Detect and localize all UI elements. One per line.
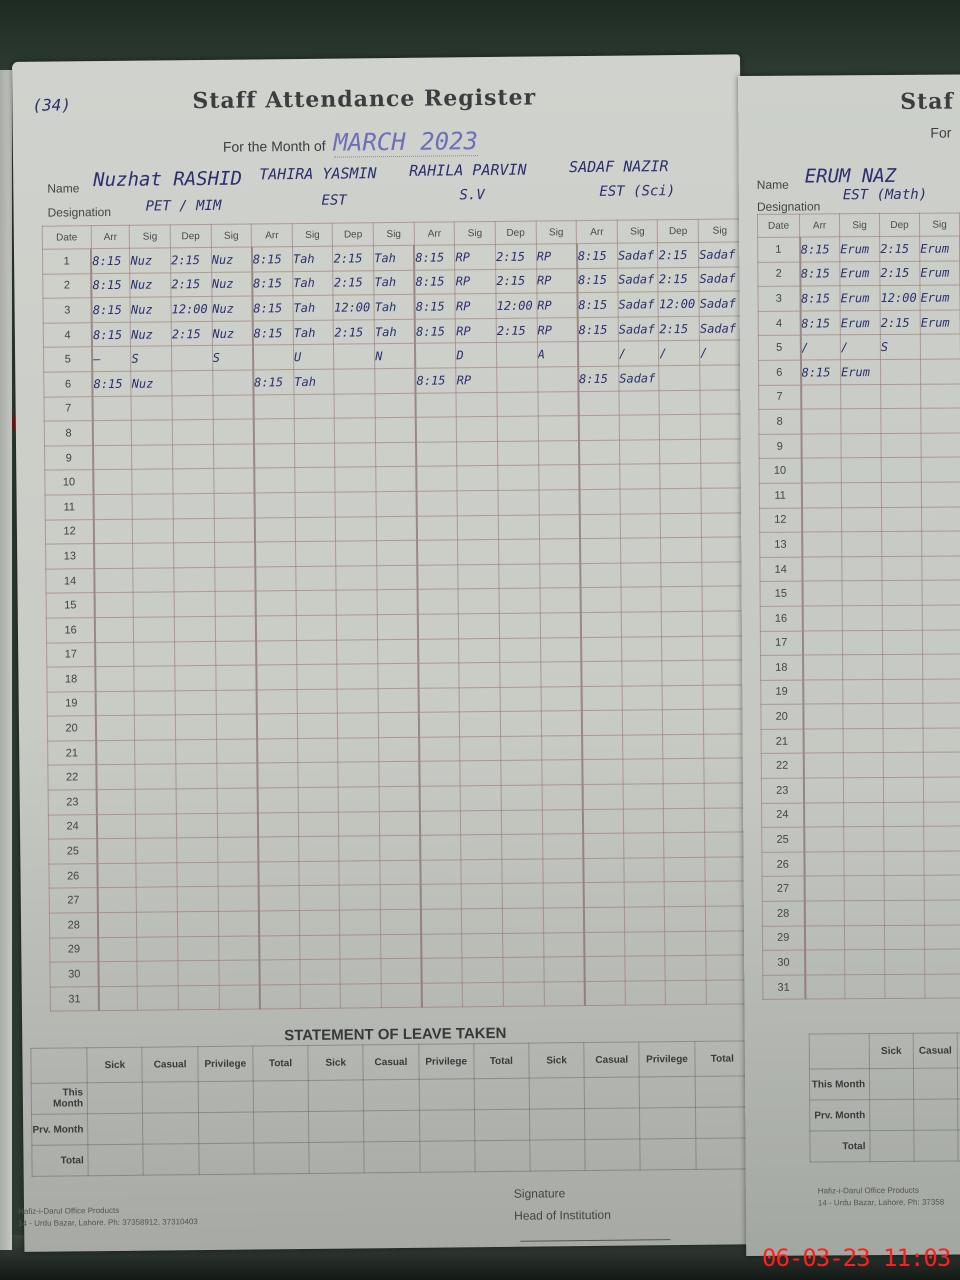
- staff-1-dep-sig-cell: Nuz: [212, 321, 253, 346]
- staff-4-arr-cell: [583, 858, 624, 883]
- staff-2-dep-cell: [338, 713, 379, 738]
- staff-4-dep-cell: [660, 414, 701, 439]
- staff-3-sig-cell: [458, 589, 499, 614]
- leave-row: Total: [810, 1130, 960, 1162]
- staff-2-dep-sig-cell: [376, 491, 417, 516]
- right-staff-dep-cell: 2:15: [880, 236, 920, 261]
- date-cell: 27: [762, 876, 804, 901]
- staff-4-sig-cell: [622, 685, 663, 710]
- staff-1-arr-cell: [97, 765, 136, 790]
- staff-3-arr-cell: 8:15: [415, 319, 456, 344]
- staff-4-dep-cell: [663, 710, 704, 735]
- staff-1-dep-cell: [175, 715, 216, 740]
- date-cell: 31: [50, 986, 99, 1011]
- staff-3-dep-sig-cell: [538, 416, 579, 441]
- staff-4-dep-cell: [662, 660, 703, 685]
- sig-header: Sig: [292, 223, 333, 246]
- staff-2-sig-cell: [296, 590, 337, 615]
- photo-timestamp: 06-03-23 11:03: [762, 1244, 950, 1272]
- staff-2-dep-sig-cell: Tah: [374, 294, 415, 319]
- staff-1-dep-cell: 12:00: [171, 297, 212, 322]
- staff-1-dep-cell: [173, 518, 214, 543]
- staff-1-dep-sig-cell: Nuz: [212, 296, 253, 321]
- publisher-line-1: Hafiz-i-Darul Office Products: [818, 1185, 944, 1198]
- date-cell: 23: [761, 778, 803, 803]
- staff-3-dep-sig-cell: [541, 760, 582, 785]
- staff-1-dep-sig-cell: [216, 763, 257, 788]
- staff-3-dep-cell: [498, 490, 539, 515]
- staff-2-sig-cell: [296, 566, 337, 591]
- staff-2-arr-cell: 8:15: [253, 370, 294, 395]
- staff-1-sig-cell: [137, 961, 178, 986]
- staff-1-sig-cell: Nuz: [131, 322, 172, 347]
- staff-3-sig-cell: RP: [455, 269, 496, 294]
- staff-4-dep-cell: 2:15: [658, 267, 699, 292]
- staff-2-arr-cell: [259, 911, 300, 936]
- right-grid-header-row: Date Arr Sig Dep Sig: [757, 213, 960, 238]
- arr-header: Arr: [414, 222, 455, 245]
- staff-2-sig-cell: [298, 836, 339, 861]
- right-staff-dep-sig-cell: [923, 703, 960, 728]
- staff-1-sig-cell: [135, 740, 176, 765]
- staff-2-dep-sig-cell: [380, 885, 421, 910]
- date-cell: 9: [759, 434, 801, 459]
- staff-2-dep-cell: [337, 639, 378, 664]
- staff-4-sig-cell: [619, 439, 660, 464]
- staff-4-dep-sig-cell: [701, 439, 744, 464]
- staff-4-dep-cell: [665, 906, 706, 931]
- staff-4-sig-cell: [625, 981, 666, 1006]
- right-staff-arr-cell: 8:15: [800, 360, 840, 385]
- staff-2-arr-cell: [254, 468, 295, 493]
- staff-1-dep-cell: [172, 420, 213, 445]
- staff-1-dep-cell: [174, 592, 215, 617]
- table-row: 30: [763, 949, 960, 975]
- staff-4-arr-cell: [583, 883, 624, 908]
- staff-3-dep-cell: 2:15: [495, 244, 536, 269]
- right-staff-dep-sig-cell: [922, 629, 960, 654]
- sig-header: Sig: [130, 225, 171, 248]
- right-publisher-info: Hafiz-i-Darul Office Products 14 - Urdu …: [818, 1185, 944, 1210]
- staff-3-dep-sig-cell: [540, 637, 581, 662]
- right-staff-dep-sig-cell: [921, 384, 960, 409]
- right-staff-dep-sig-cell: [923, 679, 960, 704]
- right-staff-sig-cell: [842, 581, 882, 606]
- staff-3-dep-sig-cell: [542, 785, 583, 810]
- right-staff-sig-cell: Erum: [840, 261, 880, 286]
- staff-4-dep-cell: [660, 439, 701, 464]
- table-row: 7: [759, 383, 960, 409]
- staff-3-dep-sig-cell: [543, 883, 584, 908]
- staff-1-sig-cell: [133, 568, 174, 593]
- staff-1-arr-cell: [96, 740, 135, 765]
- right-staff-dep-sig-cell: [920, 359, 960, 384]
- staff-1-dep-cell: [178, 961, 219, 986]
- staff-2-sig-cell: [298, 763, 339, 788]
- staff-4-dep-cell: [663, 759, 704, 784]
- staff-2-dep-sig-cell: Tah: [374, 270, 415, 295]
- staff-2-dep-sig-cell: [379, 786, 420, 811]
- table-row: 25: [762, 826, 960, 852]
- staff-2-dep-cell: [338, 762, 379, 787]
- date-cell: 14: [760, 557, 802, 582]
- right-staff-sig-cell: /: [840, 335, 880, 360]
- staff-4-dep-sig-cell: [705, 857, 748, 882]
- date-cell: 10: [45, 470, 94, 495]
- leave-cell: [143, 1082, 199, 1114]
- staff-3-arr-cell: [416, 466, 457, 491]
- date-cell: 8: [44, 421, 93, 446]
- staff-2-dep-cell: 2:15: [334, 320, 375, 345]
- staff-1-sig-cell: Nuz: [130, 297, 171, 322]
- staff-2-sig-cell: U: [293, 345, 334, 370]
- right-staff-dep-cell: [884, 802, 924, 827]
- staff-3-dep-cell: [497, 441, 538, 466]
- staff-4-dep-cell: [659, 365, 700, 390]
- staff-4-dep-cell: [660, 488, 701, 513]
- leave-cell: [199, 1143, 255, 1175]
- date-cell: 3: [43, 298, 92, 323]
- staff-4-dep-cell: 2:15: [658, 242, 699, 267]
- staff-4-sig-cell: [620, 538, 661, 563]
- date-cell: 18: [761, 655, 803, 680]
- right-staff-dep-sig-cell: [924, 900, 960, 925]
- staff-1-dep-sig-cell: [216, 690, 257, 715]
- staff-1-sig-cell: [134, 617, 175, 642]
- date-cell: 22: [48, 765, 97, 790]
- staff-2-sig-cell: [297, 713, 338, 738]
- right-staff-sig-cell: Erum: [840, 359, 880, 384]
- staff-1-dep-sig-cell: [215, 665, 256, 690]
- leave-cell: [253, 1080, 309, 1112]
- staff-4-arr-cell: [582, 735, 623, 760]
- staff-2-dep-sig-cell: [375, 417, 416, 442]
- staff-4-sig-cell: [620, 464, 661, 489]
- staff-4-dep-sig-cell: [705, 881, 748, 906]
- staff-1-sig-cell: [135, 715, 176, 740]
- staff-3-dep-sig-cell: [541, 735, 582, 760]
- staff-1-dep-cell: [177, 887, 218, 912]
- staff-2-arr-cell: [259, 984, 300, 1009]
- staff-1-dep-sig-cell: [218, 911, 259, 936]
- staff-3-dep-sig-cell: RP: [537, 317, 578, 342]
- staff-1-sig-cell: [137, 912, 178, 937]
- right-month-fragment: For: [930, 125, 951, 141]
- right-staff-arr-cell: [804, 925, 844, 950]
- staff-2-arr-cell: [257, 788, 298, 813]
- right-staff-arr-cell: [803, 729, 843, 754]
- staff-4-arr-cell: [578, 391, 619, 416]
- staff-3-dep-sig-cell: [540, 662, 581, 687]
- staff-3-arr-cell: 8:15: [414, 269, 455, 294]
- staff-4-arr-cell: [583, 833, 624, 858]
- staff-3-sig-cell: RP: [455, 294, 496, 319]
- staff-3-sig-cell: [462, 933, 503, 958]
- staff-2-dep-cell: 2:15: [333, 246, 374, 271]
- head-of-institution-label: Head of Institution: [514, 1208, 611, 1223]
- staff-4-sig-cell: Sadaf: [618, 292, 659, 317]
- staff-1-dep-cell: [175, 690, 216, 715]
- right-staff-sig-cell: Erum: [840, 237, 880, 262]
- right-staff-dep-cell: [883, 777, 923, 802]
- staff-1-arr-cell: [97, 789, 136, 814]
- right-staff-arr-cell: [801, 409, 841, 434]
- table-row: 28:15Erum2:15Erum: [758, 260, 960, 286]
- staff-2-dep-sig-cell: [381, 983, 422, 1008]
- leave-row: This Month: [809, 1068, 960, 1100]
- staff-3-dep-sig-cell: [539, 514, 580, 539]
- staff-1-arr-cell: [99, 961, 138, 986]
- staff-3-arr-cell: [420, 835, 461, 860]
- staff-3-dep-sig-cell: [538, 440, 579, 465]
- staff-1-dep-sig-cell: Nuz: [211, 272, 252, 297]
- staff-1-dep-sig-cell: [217, 837, 258, 862]
- staff-4-dep-sig-cell: [705, 906, 748, 931]
- staff-4-dep-cell: [662, 611, 703, 636]
- right-staff-designation: EST (Math): [843, 187, 927, 204]
- leave-header-casual: Casual: [363, 1044, 419, 1080]
- staff-2-dep-sig-cell: [380, 860, 421, 885]
- leave-row-label: Total: [810, 1131, 870, 1162]
- staff-3-dep-cell: [502, 859, 543, 884]
- date-cell: 26: [762, 852, 804, 877]
- staff-4-arr-cell: [583, 809, 624, 834]
- staff-2-dep-cell: [339, 836, 380, 861]
- staff-1-arr-cell: [94, 470, 133, 495]
- staff-1-sig-cell: [136, 813, 177, 838]
- staff-4-dep-sig-cell: [700, 414, 743, 439]
- staff-2-arr-cell: [257, 763, 298, 788]
- table-row: 38:15Erum12:00Erum: [758, 285, 960, 311]
- register-page-right: Staf For Name Designation ERUM NAZ EST (…: [738, 74, 960, 1256]
- date-cell: 30: [50, 962, 99, 987]
- table-row: 24: [762, 801, 960, 827]
- leave-corner-cell: [31, 1048, 88, 1084]
- staff-4-arr-cell: [578, 415, 619, 440]
- leave-cell: [419, 1110, 475, 1142]
- staff-3-dep-sig-cell: [542, 858, 583, 883]
- right-staff-dep-cell: [881, 482, 921, 507]
- staff-3-arr-cell: [419, 712, 460, 737]
- sig-header: Sig: [698, 219, 741, 242]
- staff-2-dep-cell: [340, 910, 381, 935]
- right-leave-body: This MonthPrv. MonthTotal: [809, 1068, 960, 1162]
- staff-4-arr-cell: [581, 612, 622, 637]
- staff-3-arr-cell: 8:15: [414, 245, 455, 270]
- leave-cell: [309, 1142, 365, 1174]
- staff-3-dep-cell: [501, 785, 542, 810]
- leave-cell: [695, 1138, 751, 1170]
- right-staff-dep-cell: [883, 654, 923, 679]
- leave-header-privilege: Privilege: [197, 1046, 253, 1082]
- staff-3-dep-sig-cell: RP: [536, 244, 577, 269]
- page-edge-strip: [0, 70, 12, 1250]
- staff-1-sig-cell: Nuz: [130, 272, 171, 297]
- right-name-label: Name: [757, 178, 789, 192]
- staff-4-arr-cell: [579, 465, 620, 490]
- date-cell: 14: [46, 568, 95, 593]
- staff-4-sig-cell: /: [618, 341, 659, 366]
- staff-4-dep-sig-cell: [702, 562, 745, 587]
- staff-3-sig-cell: [460, 736, 501, 761]
- staff-1-dep-sig-cell: [215, 640, 256, 665]
- right-staff-dep-cell: [884, 925, 924, 950]
- staff-4-dep-sig-cell: [704, 807, 747, 832]
- staff-2-dep-sig-cell: [377, 590, 418, 615]
- staff-1-dep-cell: [178, 985, 219, 1010]
- date-cell: 24: [48, 814, 97, 839]
- staff-4-name: SADAF NAZIR: [569, 157, 669, 176]
- sig-header: Sig: [617, 220, 658, 243]
- staff-1-dep-sig-cell: [217, 788, 258, 813]
- right-staff-name: ERUM NAZ: [805, 165, 897, 188]
- date-cell: 22: [761, 754, 803, 779]
- staff-3-arr-cell: [416, 392, 457, 417]
- leave-cell: [309, 1111, 365, 1143]
- table-row: 15: [760, 580, 960, 606]
- staff-4-sig-cell: [622, 735, 663, 760]
- right-staff-dep-cell: [881, 458, 921, 483]
- dep-header: Dep: [879, 213, 919, 236]
- staff-1-sig-cell: [133, 518, 174, 543]
- leave-header: Casual: [913, 1033, 957, 1068]
- leave-cell: [584, 1077, 640, 1109]
- staff-2-sig-cell: [300, 935, 341, 960]
- staff-1-dep-sig-cell: [212, 370, 253, 395]
- staff-2-dep-cell: [339, 787, 380, 812]
- right-staff-sig-cell: [844, 851, 884, 876]
- leave-row-label: Total: [32, 1145, 89, 1177]
- staff-2-dep-cell: [340, 885, 381, 910]
- staff-4-arr-cell: [582, 784, 623, 809]
- right-staff-dep-sig-cell: Erum: [920, 236, 960, 261]
- staff-4-dep-sig-cell: [702, 586, 745, 611]
- date-cell: 11: [45, 495, 94, 520]
- leave-cell: [695, 1076, 751, 1108]
- leave-cell: [585, 1108, 641, 1140]
- staff-1-dep-cell: [176, 788, 217, 813]
- staff-3-arr-cell: 8:15: [415, 368, 456, 393]
- staff-2-sig-cell: [299, 886, 340, 911]
- staff-3-sig-cell: [462, 958, 503, 983]
- table-row: 12: [760, 506, 960, 532]
- staff-2-dep-sig-cell: [376, 442, 417, 467]
- staff-1-dep-cell: 2:15: [171, 321, 212, 346]
- staff-3-arr-cell: [419, 688, 460, 713]
- staff-3-dep-cell: [499, 564, 540, 589]
- staff-4-dep-cell: [664, 808, 705, 833]
- staff-4-sig-cell: [622, 710, 663, 735]
- staff-4-sig-cell: Sadaf: [619, 366, 660, 391]
- leave-statement-title: STATEMENT OF LEAVE TAKEN: [284, 1025, 506, 1044]
- leave-statement-table: SickCasualPrivilegeTotalSickCasualPrivil…: [30, 1040, 751, 1177]
- date-cell: 17: [760, 631, 802, 656]
- staff-1-dep-sig-cell: [219, 960, 260, 985]
- date-cell: 2: [43, 273, 92, 298]
- leave-cell: [253, 1111, 309, 1143]
- staff-4-dep-sig-cell: [703, 635, 746, 660]
- staff-1-arr-cell: [98, 937, 137, 962]
- staff-1-sig-cell: [135, 764, 176, 789]
- staff-4-sig-cell: [623, 833, 664, 858]
- right-staff-dep-cell: [880, 359, 920, 384]
- staff-2-sig-cell: [295, 492, 336, 517]
- staff-3-arr-cell: [417, 540, 458, 565]
- date-cell: 28: [49, 913, 98, 938]
- staff-1-sig-cell: [132, 469, 173, 494]
- staff-3-dep-sig-cell: [544, 957, 585, 982]
- staff-1-sig-cell: [133, 592, 174, 617]
- staff-2-dep-sig-cell: Tah: [374, 245, 415, 270]
- arr-header: Arr: [799, 214, 839, 237]
- staff-3-dep-cell: [496, 342, 537, 367]
- staff-4-arr-cell: [578, 342, 619, 367]
- staff-3-dep-sig-cell: [543, 908, 584, 933]
- staff-1-dep-sig-cell: [213, 468, 254, 493]
- right-staff-arr-cell: [803, 753, 843, 778]
- staff-2-sig-cell: [299, 910, 340, 935]
- staff-1-dep-sig-cell: Nuz: [211, 247, 252, 272]
- table-row: 16: [760, 605, 960, 631]
- staff-2-arr-cell: 8:15: [252, 320, 293, 345]
- staff-1-dep-cell: 2:15: [170, 247, 211, 272]
- leave-cell: [364, 1141, 420, 1173]
- staff-3-dep-sig-cell: [537, 367, 578, 392]
- arr-header: Arr: [576, 220, 617, 243]
- staff-4-dep-cell: [662, 636, 703, 661]
- leave-cell: [529, 1109, 585, 1141]
- staff-3-arr-cell: [418, 565, 459, 590]
- staff-2-sig-cell: [298, 787, 339, 812]
- date-cell: 7: [759, 385, 801, 410]
- right-staff-arr-cell: [805, 950, 845, 975]
- staff-3-sig-cell: [457, 417, 498, 442]
- right-staff-sig-cell: [844, 802, 884, 827]
- right-staff-dep-sig-cell: [925, 949, 960, 974]
- leave-row: Prv. Month: [810, 1099, 960, 1131]
- right-staff-sig-cell: [842, 630, 882, 655]
- staff-2-arr-cell: 8:15: [252, 296, 293, 321]
- right-staff-sig-cell: [841, 433, 881, 458]
- right-staff-dep-cell: [881, 433, 921, 458]
- table-row: 18:15Erum2:15Erum: [758, 236, 960, 262]
- staff-3-dep-cell: [501, 760, 542, 785]
- leave-cell: [364, 1079, 420, 1111]
- month-label: For the Month of: [223, 138, 326, 155]
- right-staff-arr-cell: [801, 483, 841, 508]
- staff-4-dep-cell: [664, 833, 705, 858]
- right-staff-sig-cell: [842, 532, 882, 557]
- right-staff-dep-sig-cell: [924, 851, 960, 876]
- staff-4-sig-cell: [621, 636, 662, 661]
- right-staff-dep-sig-cell: [922, 556, 960, 581]
- staff-3-dep-cell: [498, 515, 539, 540]
- staff-1-arr-cell: [98, 888, 137, 913]
- staff-3-arr-cell: [416, 417, 457, 442]
- staff-2-dep-cell: [335, 467, 376, 492]
- date-cell: 28: [762, 901, 804, 926]
- date-cell: 2: [758, 262, 800, 287]
- staff-1-arr-cell: [96, 716, 135, 741]
- staff-3-name: RAHILA PARVIN: [409, 161, 527, 180]
- staff-4-dep-sig-cell: Sadaf: [699, 266, 742, 291]
- right-staff-sig-cell: [842, 605, 882, 630]
- staff-4-dep-cell: [661, 513, 702, 538]
- staff-3-dep-cell: [502, 883, 543, 908]
- staff-4-dep-sig-cell: [700, 365, 743, 390]
- right-staff-sig-cell: Erum: [840, 286, 880, 311]
- staff-4-dep-cell: [665, 931, 706, 956]
